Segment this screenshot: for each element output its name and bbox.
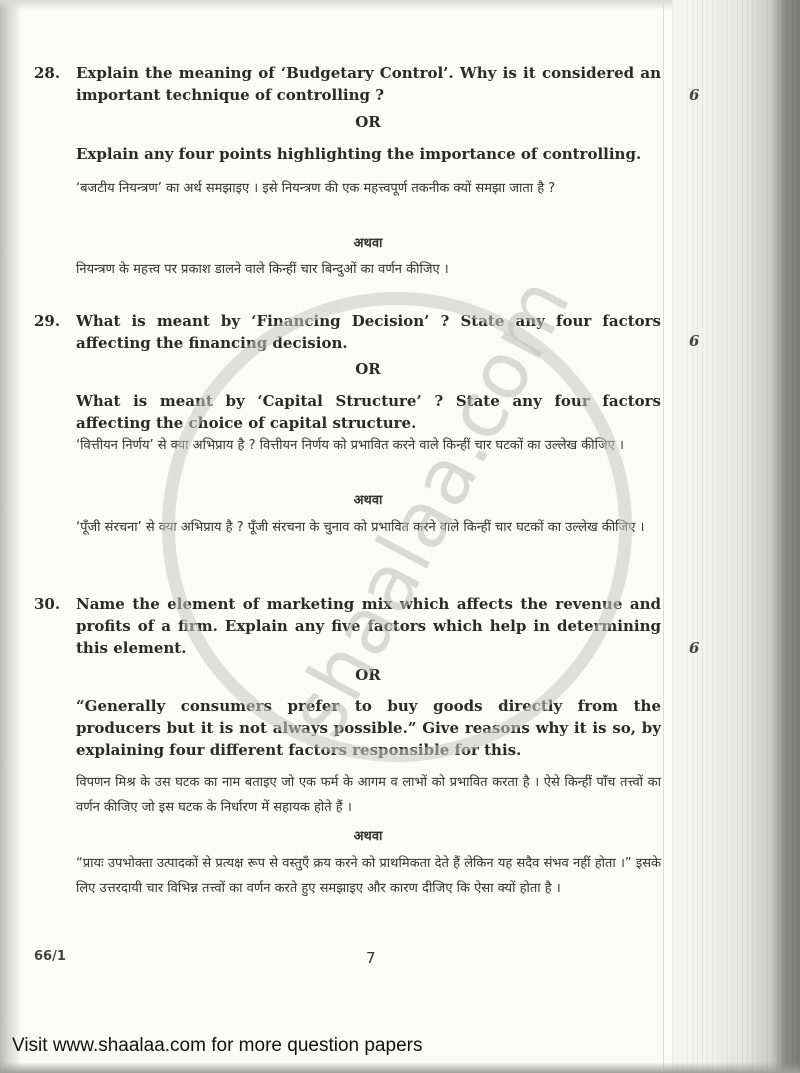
alternate-question-english: “Generally consumers prefer to buy goods…	[76, 695, 661, 761]
or-separator: OR	[0, 360, 736, 378]
question-marks: 6	[689, 332, 699, 350]
page-number: 7	[366, 949, 376, 967]
or-separator-hindi: अथवा	[0, 233, 736, 251]
question-text-english: What is meant by ‘Financing Decision’ ? …	[76, 310, 661, 354]
scan-right-edge	[672, 0, 800, 1073]
scan-bottom-edge	[0, 1062, 800, 1073]
alternate-question-hindi: “प्रायः उपभोक्ता उत्पादकों से प्रत्यक्ष …	[76, 851, 661, 901]
promo-link[interactable]: Visit www.shaalaa.com for more question …	[12, 1035, 422, 1057]
alternate-question-english: What is meant by ‘Capital Structure’ ? S…	[76, 390, 661, 434]
question-text-hindi: विपणन मिश्र के उस घटक का नाम बताइए जो एक…	[76, 770, 661, 820]
or-separator: OR	[0, 666, 736, 684]
question-number: 30.	[34, 595, 60, 613]
or-separator: OR	[0, 113, 736, 131]
question-marks: 6	[689, 86, 699, 104]
or-separator-hindi: अथवा	[0, 826, 736, 844]
question-number: 28.	[34, 64, 60, 82]
alternate-question-hindi: ‘पूँजी संरचना’ से क्या अभिप्राय है ? पूँ…	[76, 515, 661, 540]
alternate-question-hindi: नियन्त्रण के महत्त्व पर प्रकाश डालने वाल…	[76, 257, 661, 282]
page-fold-line	[663, 0, 664, 1073]
question-text-hindi: ‘वित्तीयन निर्णय’ से क्या अभिप्राय है ? …	[76, 433, 661, 458]
question-text-hindi: ‘बजटीय नियन्त्रण’ का अर्थ समझाइए । इसे न…	[76, 176, 661, 201]
question-text-english: Name the element of marketing mix which …	[76, 593, 661, 659]
question-number: 29.	[34, 312, 60, 330]
question-marks: 6	[689, 639, 699, 657]
or-separator-hindi: अथवा	[0, 490, 736, 508]
scan-left-edge	[0, 0, 22, 1073]
alternate-question-english: Explain any four points highlighting the…	[76, 143, 661, 165]
question-text-english: Explain the meaning of ‘Budgetary Contro…	[76, 62, 661, 106]
paper-code: 66/1	[34, 949, 66, 964]
